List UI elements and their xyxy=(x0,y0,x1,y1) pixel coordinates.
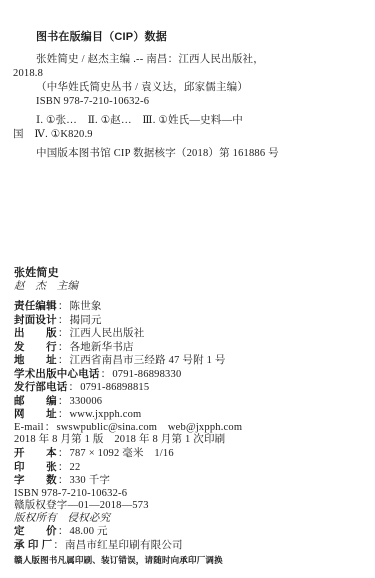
row-label: 责任编辑 xyxy=(14,300,57,312)
row-separator: ： xyxy=(100,369,113,380)
row-label: 发 行 xyxy=(14,341,57,353)
row-separator: ： xyxy=(57,342,70,353)
row-value: swswpublic@sina.com web@jxpph.com xyxy=(56,422,242,433)
row-value: 0791-86898330 xyxy=(112,369,181,380)
row-word-count: 字 数：330 千字 xyxy=(14,474,369,488)
cip-header: 图书在版编目（CIP）数据 xyxy=(13,30,369,44)
row-format: 开 本：787 × 1092 毫米 1/16 xyxy=(14,447,369,461)
row-label: 字 数 xyxy=(14,474,57,486)
cip-entry-line1: 张姓简史 / 赵杰主编 .-- 南昌：江西人民出版社， xyxy=(13,53,369,67)
row-value: 330006 xyxy=(70,396,103,407)
row-email: E-mail：swswpublic@sina.com web@jxpph.com xyxy=(14,422,369,435)
row-separator: ： xyxy=(57,355,70,366)
row-separator: ： xyxy=(57,462,70,473)
row-value: 330 千字 xyxy=(70,475,111,486)
cip-series-line: （中华姓氏简史丛书 / 袁义达，邱家儒主编） xyxy=(13,81,369,95)
row-cover-design: 封面设计：揭同元 xyxy=(14,314,369,328)
row-postcode: 邮 编：330006 xyxy=(14,395,369,409)
row-separator: ： xyxy=(57,475,70,486)
reprint-note: 赣人版图书凡属印刷、装订错误，请随时向承印厂调换 xyxy=(14,555,369,566)
row-address: 地 址：江西省南昌市三经路 47 号附 1 号 xyxy=(14,354,369,368)
row-copyright-notice: 版权所有 侵权必究 xyxy=(14,513,369,526)
row-sheets: 印 张：22 xyxy=(14,461,369,475)
colophon-block: 张姓简史 赵 杰 主编 责任编辑：陈世象封面设计：揭同元出 版：江西人民出版社发… xyxy=(14,266,369,566)
row-printer: 承 印 厂：南昌市红星印刷有限公司 xyxy=(14,539,369,553)
row-value: 各地新华书店 xyxy=(70,342,134,353)
row-label: 网 址 xyxy=(14,408,57,420)
row-separator: ： xyxy=(57,526,70,537)
row-separator: ： xyxy=(57,396,70,407)
row-value: 江西省南昌市三经路 47 号附 1 号 xyxy=(70,355,226,366)
row-separator: ： xyxy=(57,301,70,312)
row-website: 网 址：www.jxpph.com xyxy=(14,408,369,422)
row-label: 封面设计 xyxy=(14,314,57,326)
cip-class-line2: 国 Ⅳ. ①K820.9 xyxy=(13,128,369,142)
row-separator: ： xyxy=(68,382,81,393)
row-isbn: ISBN 978-7-210-10632-6 xyxy=(14,488,369,501)
row-value: 陈世象 xyxy=(70,301,102,312)
row-separator: ： xyxy=(57,409,70,420)
row-label: E-mail xyxy=(14,422,44,433)
row-value: 江西人民出版社 xyxy=(70,328,145,339)
row-label: 出 版 xyxy=(14,327,57,339)
row-label: 开 本 xyxy=(14,447,57,459)
row-value: 南昌市红星印刷有限公司 xyxy=(65,540,183,551)
row-value: 48.00 元 xyxy=(70,526,108,537)
row-separator: ： xyxy=(57,328,70,339)
cip-block: 图书在版编目（CIP）数据 张姓简史 / 赵杰主编 .-- 南昌：江西人民出版社… xyxy=(13,30,369,161)
row-registration: 赣版权登字—01—2018—573 xyxy=(14,500,369,513)
row-value: www.jxpph.com xyxy=(70,409,142,420)
row-label: 邮 编 xyxy=(14,395,57,407)
row-value: 0791-86898815 xyxy=(80,382,149,393)
book-title: 张姓简史 xyxy=(14,266,369,280)
row-label: 印 张 xyxy=(14,461,57,473)
colophon-rows: 责任编辑：陈世象封面设计：揭同元出 版：江西人民出版社发 行：各地新华书店地 址… xyxy=(14,300,369,552)
author-line: 赵 杰 主编 xyxy=(14,280,369,294)
cip-isbn-line: ISBN 978-7-210-10632-6 xyxy=(13,95,369,109)
row-separator: ： xyxy=(44,422,57,433)
row-value: 787 × 1092 毫米 1/16 xyxy=(70,448,174,459)
copyright-page: 图书在版编目（CIP）数据 张姓简史 / 赵杰主编 .-- 南昌：江西人民出版社… xyxy=(0,0,375,578)
row-editor: 责任编辑：陈世象 xyxy=(14,300,369,314)
row-publisher: 出 版：江西人民出版社 xyxy=(14,327,369,341)
cip-entry-line2: 2018.8 xyxy=(13,67,369,81)
row-label: 承 印 厂 xyxy=(14,539,52,551)
row-label: 地 址 xyxy=(14,354,57,366)
cip-class-line1: Ⅰ. ①张… Ⅱ. ①赵… Ⅲ. ①姓氏—史料—中 xyxy=(13,114,369,128)
row-label: 发行部电话 xyxy=(14,381,68,393)
row-label: 定 价 xyxy=(14,525,57,537)
cip-record-line: 中国版本图书馆 CIP 数据核字（2018）第 161886 号 xyxy=(13,147,369,161)
row-separator: ： xyxy=(57,315,70,326)
row-edition: 2018 年 8 月第 1 版 2018 年 8 月第 1 次印刷 xyxy=(14,434,369,447)
row-label: 学术出版中心电话 xyxy=(14,368,100,380)
row-separator: ： xyxy=(57,448,70,459)
row-value: 22 xyxy=(70,462,81,473)
row-separator: ： xyxy=(52,540,65,551)
row-value: 揭同元 xyxy=(70,315,102,326)
row-distribution: 发 行：各地新华书店 xyxy=(14,341,369,355)
row-distribution-phone: 发行部电话：0791-86898815 xyxy=(14,381,369,395)
row-academic-center-phone: 学术出版中心电话：0791-86898330 xyxy=(14,368,369,382)
row-price: 定 价：48.00 元 xyxy=(14,525,369,539)
